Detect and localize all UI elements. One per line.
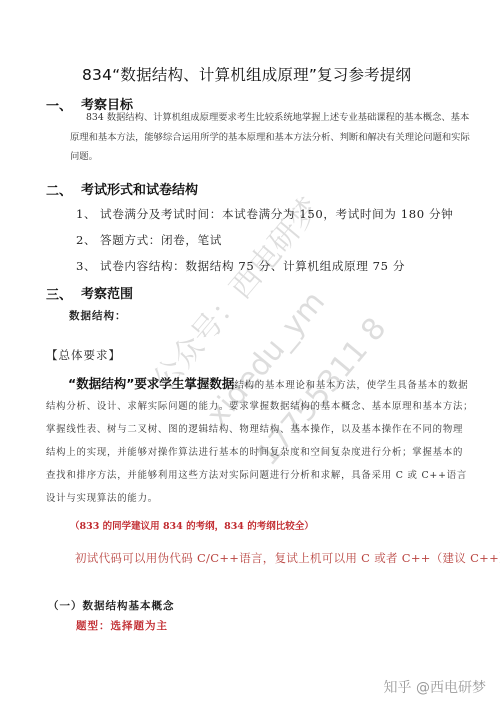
section-1-line-3: 问题。 bbox=[70, 147, 98, 166]
overall-requirement-line-5: 查找和排序方法，并能够利用这些方法对实际问题进行分析和求解，具备采用 C 或 C… bbox=[46, 464, 467, 487]
overall-requirement-body: “数据结构”要求学生掌握数据结构的基本理论和基本方法，使学生具备基本的数据 bbox=[46, 372, 468, 397]
document-title: 834“数据结构、计算机组成原理”复习参考提纲 bbox=[82, 63, 411, 85]
zhihu-footer-watermark: 知乎 @西电研梦 bbox=[384, 677, 486, 697]
section-1-line-1: 834 数据结构、计算机组成原理要求考生比较系统地掌握上述专业基础课程的基本概念… bbox=[86, 108, 469, 127]
note-833: （833 的同学建议用 834 的考纲，834 的考纲比较全） bbox=[70, 518, 314, 532]
exam-item-1-number: 1、 bbox=[76, 206, 96, 222]
subsection-heading: （一）数据结构基本概念 bbox=[48, 598, 175, 613]
section-1-number: 一、 bbox=[46, 95, 72, 114]
section-3-title: 考察范围 bbox=[81, 283, 133, 302]
overall-requirement-line-2: 结构分析、设计、求解实际问题的能力。要求掌握数据结构的基本概念、基本原理和基本方… bbox=[46, 395, 473, 418]
overall-requirement-line-1: 结构的基本理论和基本方法，使学生具备基本的数据 bbox=[234, 380, 468, 391]
section-1-line-2: 原理和基本方法，能够综合运用所学的基本原理和基本方法分析、判断和解决有关理论问题… bbox=[70, 128, 470, 147]
note-code-language: 初试代码可以用伪代码 C/C++语言，复试上机可以用 C 或者 C++（建议 C… bbox=[75, 550, 500, 566]
section-3-number: 三、 bbox=[46, 284, 72, 303]
section-2-number: 二、 bbox=[46, 180, 72, 199]
exam-item-3-text: 试卷内容结构：数据结构 75 分、计算机组成原理 75 分 bbox=[100, 258, 405, 274]
exam-item-3-number: 3、 bbox=[76, 258, 96, 274]
section-2-title: 考试形式和试卷结构 bbox=[81, 179, 198, 198]
overall-requirement-bold-lead: “数据结构”要求学生掌握数据 bbox=[68, 376, 234, 391]
question-type: 题型：选择题为主 bbox=[76, 618, 168, 633]
overall-requirement-heading: 【总体要求】 bbox=[46, 347, 121, 363]
exam-item-2-text: 答题方式：闭卷，笔试 bbox=[100, 232, 222, 248]
overall-requirement-line-6: 设计与实现算法的能力。 bbox=[46, 487, 158, 510]
exam-item-1-text: 试卷满分及考试时间：本试卷满分为 150，考试时间为 180 分钟 bbox=[100, 206, 453, 222]
overall-requirement-line-3: 掌握线性表、树与二叉树、图的逻辑结构、物理结构、基本操作，以及基本操作在不同的物… bbox=[46, 418, 463, 441]
exam-item-2-number: 2、 bbox=[76, 232, 96, 248]
overall-requirement-line-4: 结构上的实现，并能够对操作算法进行基本的时间复杂度和空间复杂度进行分析；掌握基本… bbox=[46, 441, 463, 464]
subject-label: 数据结构： bbox=[69, 308, 127, 323]
